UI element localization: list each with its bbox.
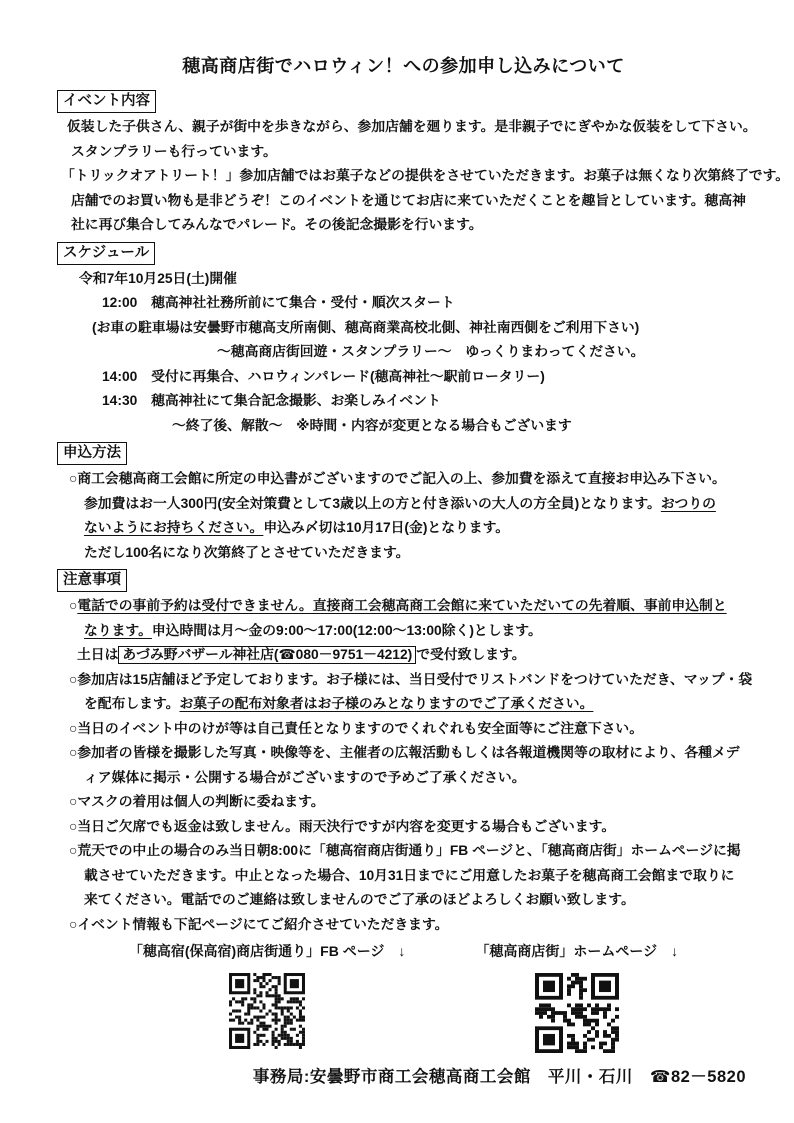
text-segment: ～終了後、解散～ ※時間・内容が変更となる場合もございます bbox=[172, 418, 572, 433]
underlined-text: ないようにお持ちください。 bbox=[84, 520, 263, 535]
text-line: 載させていただきます。中止となった場合、10月31日までにご用意したお菓子を穂高… bbox=[57, 864, 750, 889]
section-heading-row: 申込方法 bbox=[57, 442, 750, 465]
text-line: ○イベント情報も下記ページにてご紹介させていただきます。 bbox=[57, 913, 750, 938]
text-segment: ○参加者の皆様を撮影した写真・映像等を、主催者の広報活動もしくは各報道機関等の取… bbox=[69, 745, 740, 760]
text-line: ～終了後、解散～ ※時間・内容が変更となる場合もございます bbox=[57, 414, 750, 439]
qr-column-fb: 「穂高宿(保高宿)商店街通り」FB ページ ↓ bbox=[129, 941, 406, 1049]
section-heading-application: 申込方法 bbox=[57, 442, 127, 465]
text-line: 仮装した子供さん、親子が街中を歩きながら、参加店舗を廻ります。是非親子でにぎやか… bbox=[57, 115, 750, 140]
text-segment: 14:00 受付に再集合、ハロウィンパレード(穂高神社～駅前ロータリー) bbox=[102, 369, 545, 384]
text-segment: 店舗でのお買い物も是非どうぞ！このイベントを通じてお店に来ていただくことを趣旨と… bbox=[71, 193, 746, 208]
text-segment: ただし100名になり次第終了とさせていただきます。 bbox=[84, 545, 409, 560]
text-line: を配布します。お菓子の配布対象者はお子様のみとなりますのでご了承ください。 bbox=[57, 692, 750, 717]
text-segment: スタンプラリーも行っています。 bbox=[71, 144, 277, 159]
qr-label-fb: 「穂高宿(保高宿)商店街通り」FB ページ ↓ bbox=[129, 941, 406, 961]
text-segment: ○参加店は15店舗ほど予定しております。お子様には、当日受付でリストバンドをつけ… bbox=[69, 672, 752, 687]
text-segment: 土日は bbox=[77, 647, 118, 662]
sections: イベント内容仮装した子供さん、親子が街中を歩きながら、参加店舗を廻ります。是非親… bbox=[57, 90, 750, 937]
text-segment: ○当日のイベント中のけが等は自己責任となりますのでくれぐれも安全面等にご注意下さ… bbox=[69, 721, 643, 736]
text-segment: 来てください。電話でのご連絡は致しませんのでご了承のほどよろしくお願い致します。 bbox=[84, 892, 635, 907]
qr-code-fb-icon bbox=[229, 973, 305, 1049]
text-line: 14:30 穂高神社にて集合記念撮影、お楽しみイベント bbox=[57, 389, 750, 414]
text-line: なります。申込時間は月～金の9:00～17:00(12:00～13:00除く)と… bbox=[57, 619, 750, 644]
section-heading-row: 注意事項 bbox=[57, 569, 750, 592]
footer-contact: 事務局:安曇野市商工会穂高商工会館 平川・石川 ☎82－5820 bbox=[57, 1063, 750, 1087]
text-line: ○商工会穂高商工会館に所定の申込書がございますのでご記入の上、参加費を添えて直接… bbox=[57, 467, 750, 492]
text-segment: ○荒天での中止の場合のみ当日朝8:00に「穂高宿商店街通り」FB ページと、「穂… bbox=[69, 843, 741, 858]
text-line: ○マスクの着用は個人の判断に委ねます。 bbox=[57, 790, 750, 815]
text-line: 来てください。電話でのご連絡は致しませんのでご了承のほどよろしくお願い致します。 bbox=[57, 888, 750, 913]
section-heading-schedule: スケジュール bbox=[57, 242, 155, 265]
text-segment: 載させていただきます。中止となった場合、10月31日までにご用意したお菓子を穂高… bbox=[84, 868, 734, 883]
underlined-text: おつりの bbox=[661, 496, 716, 511]
qr-column-homepage: 「穂高商店街」ホームページ ↓ bbox=[475, 941, 678, 1053]
text-line: ～穂高商店街回遊・スタンプラリー～ ゆっくりまわってください。 bbox=[57, 340, 750, 365]
section-heading-row: イベント内容 bbox=[57, 90, 750, 113]
section-heading-event-details: イベント内容 bbox=[57, 90, 156, 113]
text-line: ○電話での事前予約は受付できません。直接商工会穂高商工会館に来ていただいての先着… bbox=[57, 594, 750, 619]
text-line: 社に再び集合してみんなでパレード。その後記念撮影を行います。 bbox=[57, 213, 750, 238]
text-line: ○当日のイベント中のけが等は自己責任となりますのでくれぐれも安全面等にご注意下さ… bbox=[57, 717, 750, 742]
qr-label-homepage: 「穂高商店街」ホームページ ↓ bbox=[475, 941, 678, 961]
text-segment: 14:30 穂高神社にて集合記念撮影、お楽しみイベント bbox=[102, 393, 441, 408]
text-segment: 12:00 穂高神社社務所前にて集合・受付・順次スタート bbox=[102, 295, 455, 310]
text-line: ○参加店は15店舗ほど予定しております。お子様には、当日受付でリストバンドをつけ… bbox=[57, 668, 750, 693]
text-segment: 仮装した子供さん、親子が街中を歩きながら、参加店舗を廻ります。是非親子でにぎやか… bbox=[67, 119, 757, 134]
text-segment: で受付致します。 bbox=[416, 647, 525, 662]
text-line: ○当日ご欠席でも返金は致しません。雨天決行ですが内容を変更する場合もございます。 bbox=[57, 815, 750, 840]
text-segment: 参加費はお一人300円(安全対策費として3歳以上の方と付き添いの大人の方全員)と… bbox=[84, 496, 661, 511]
text-segment: 社に再び集合してみんなでパレード。その後記念撮影を行います。 bbox=[71, 217, 483, 232]
text-segment: 申込時間は月～金の9:00～17:00(12:00～13:00除く)とします。 bbox=[152, 623, 542, 638]
text-line: ィア媒体に掲示・公開する場合がございますので予めご了承ください。 bbox=[57, 766, 750, 791]
text-line: ○参加者の皆様を撮影した写真・映像等を、主催者の広報活動もしくは各報道機関等の取… bbox=[57, 741, 750, 766]
section-heading-notes: 注意事項 bbox=[57, 569, 127, 592]
text-segment: ○当日ご欠席でも返金は致しません。雨天決行ですが内容を変更する場合もございます。 bbox=[69, 819, 615, 834]
text-segment: を配布します。 bbox=[84, 696, 179, 711]
text-line: ないようにお持ちください。申込み〆切は10月17日(金)となります。 bbox=[57, 516, 750, 541]
qr-links-row: 「穂高宿(保高宿)商店街通り」FB ページ ↓ 「穂高商店街」ホームページ ↓ bbox=[57, 941, 750, 1053]
text-segment: 申込み〆切は10月17日(金)となります。 bbox=[263, 520, 509, 535]
text-segment: ○商工会穂高商工会館に所定の申込書がございますのでご記入の上、参加費を添えて直接… bbox=[69, 471, 726, 486]
text-line: 店舗でのお買い物も是非どうぞ！このイベントを通じてお店に来ていただくことを趣旨と… bbox=[57, 189, 750, 214]
page-title: 穂高商店街でハロウィン！への参加申し込みについて bbox=[57, 52, 750, 78]
underlined-text: なります。 bbox=[84, 623, 152, 638]
text-segment: ○イベント情報も下記ページにてご紹介させていただきます。 bbox=[69, 917, 448, 932]
qr-code-homepage-icon bbox=[535, 973, 619, 1053]
text-line: 参加費はお一人300円(安全対策費として3歳以上の方と付き添いの大人の方全員)と… bbox=[57, 492, 750, 517]
underlined-text: お菓子の配布対象者はお子様のみとなりますのでご了承ください。 bbox=[179, 696, 593, 711]
text-line: スタンプラリーも行っています。 bbox=[57, 140, 750, 165]
text-line: ○荒天での中止の場合のみ当日朝8:00に「穂高宿商店街通り」FB ページと、「穂… bbox=[57, 839, 750, 864]
text-segment: 令和7年10月25日(土)開催 bbox=[79, 271, 237, 286]
text-line: 「トリックオアトリート！」参加店舗ではお菓子などの提供をさせていただきます。お菓… bbox=[57, 164, 750, 189]
document-page: 穂高商店街でハロウィン！への参加申し込みについて イベント内容仮装した子供さん、… bbox=[0, 0, 794, 1123]
text-line: 令和7年10月25日(土)開催 bbox=[57, 267, 750, 292]
text-segment: 「トリックオアトリート！」参加店舗ではお菓子などの提供をさせていただきます。お菓… bbox=[61, 168, 789, 183]
text-segment: ィア媒体に掲示・公開する場合がございますので予めご了承ください。 bbox=[84, 770, 526, 785]
text-line: ただし100名になり次第終了とさせていただきます。 bbox=[57, 541, 750, 566]
text-line: 12:00 穂高神社社務所前にて集合・受付・順次スタート bbox=[57, 291, 750, 316]
text-line: 14:00 受付に再集合、ハロウィンパレード(穂高神社～駅前ロータリー) bbox=[57, 365, 750, 390]
text-line: 土日はあづみ野バザール神社店(☎080－9751－4212)で受付致します。 bbox=[57, 643, 750, 668]
section-heading-row: スケジュール bbox=[57, 242, 750, 265]
text-segment: ○マスクの着用は個人の判断に委ねます。 bbox=[69, 794, 325, 809]
underlined-text: 電話での事前予約は受付できません。直接商工会穂高商工会館に来ていただいての先着順… bbox=[77, 598, 726, 613]
text-segment: (お車の駐車場は安曇野市穂高支所南側、穂高商業高校北側、神社南西側をご利用下さい… bbox=[92, 320, 639, 335]
text-line: (お車の駐車場は安曇野市穂高支所南側、穂高商業高校北側、神社南西側をご利用下さい… bbox=[57, 316, 750, 341]
text-segment: ～穂高商店街回遊・スタンプラリー～ ゆっくりまわってください。 bbox=[217, 344, 644, 359]
boxed-contact: あづみ野バザール神社店(☎080－9751－4212) bbox=[118, 646, 416, 664]
